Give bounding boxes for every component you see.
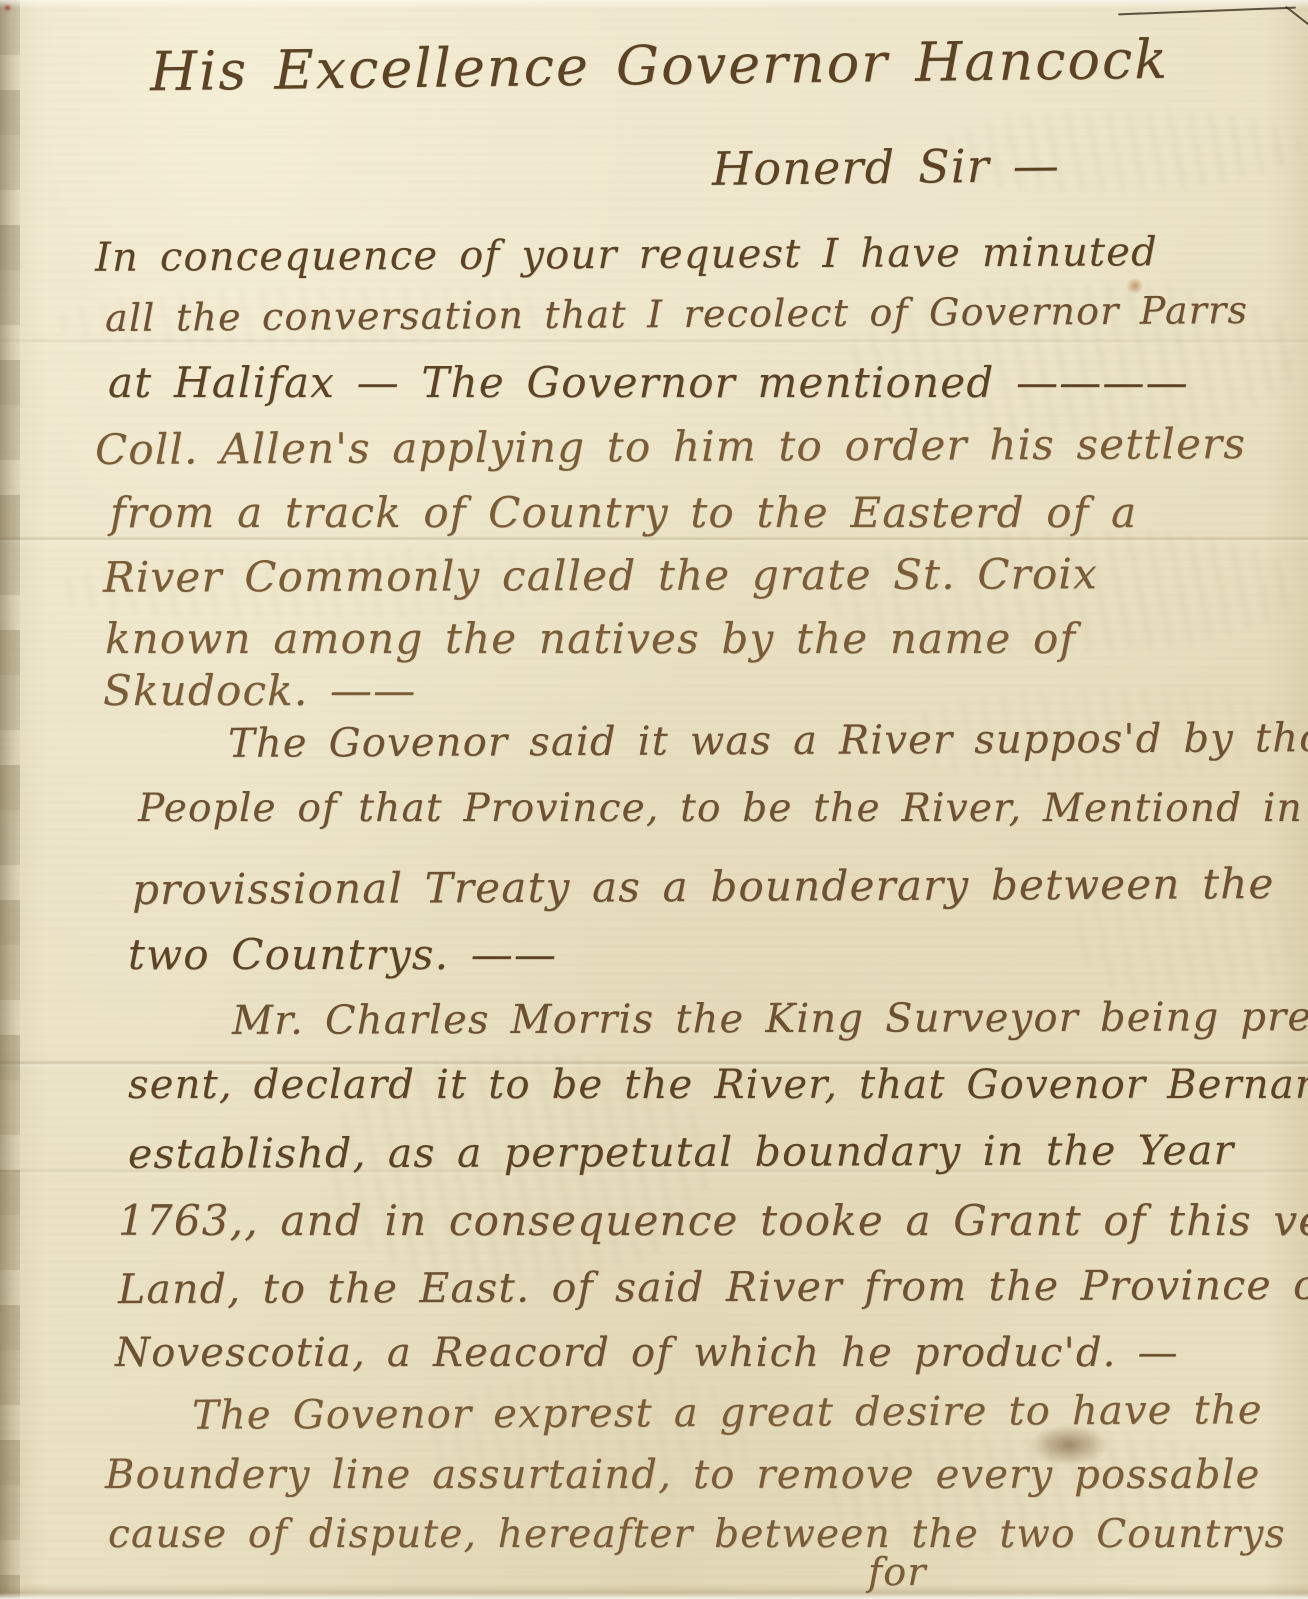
manuscript-line: Land, to the East. of said River from th… [118, 1261, 1308, 1313]
manuscript-line: cause of dispute, hereafter between the … [108, 1512, 1286, 1557]
paper-left-edge [0, 0, 20, 1599]
manuscript-line: Coll. Allen's applying to him to order h… [95, 419, 1246, 474]
manuscript-line: two Countrys. —— [128, 930, 557, 979]
manuscript-line: Mr. Charles Morris the King Surveyor bei… [232, 994, 1308, 1044]
paper-top-edge [0, 0, 1308, 8]
paper-bottom-edge [0, 1585, 1308, 1599]
manuscript-line: In concequence of your request I have mi… [95, 229, 1158, 281]
manuscript-line: all the conversation that I recolect of … [105, 288, 1248, 340]
letter-heading: His Excellence Governor Hancock [150, 28, 1170, 103]
manuscript-line: The Govenor exprest a great desire to ha… [192, 1387, 1263, 1439]
manuscript-line: People of that Province, to be the River… [138, 786, 1308, 831]
manuscript-line: 1763,, and in consequence tooke a Grant … [118, 1196, 1308, 1245]
manuscript-line: Boundery line assurtaind, to remove ever… [105, 1452, 1260, 1498]
manuscript-line: The Govenor said it was a River suppos'd… [228, 715, 1308, 767]
manuscript-line: River Commonly called the grate St. Croi… [103, 549, 1098, 601]
manuscript-line: from a track of Country to the Easterd o… [110, 488, 1137, 537]
manuscript-line: at Halifax — The Governor mentioned ———— [108, 358, 1189, 407]
manuscript-page: His Excellence Governor Hancock Honerd S… [0, 0, 1308, 1599]
manuscript-line: Skudock. —— [103, 666, 416, 715]
manuscript-line: known among the natives by the name of [105, 614, 1076, 663]
manuscript-line: establishd, as a perpetutal boundary in … [128, 1126, 1235, 1178]
manuscript-line: Novescotia, a Reacord of which he produc… [115, 1330, 1179, 1376]
fold-crease [0, 536, 1308, 543]
manuscript-line: sent, declard it to be the River, that G… [128, 1062, 1308, 1108]
letter-salutation: Honerd Sir — [712, 138, 1060, 196]
manuscript-line: provissional Treaty as a bounderary betw… [132, 859, 1275, 914]
